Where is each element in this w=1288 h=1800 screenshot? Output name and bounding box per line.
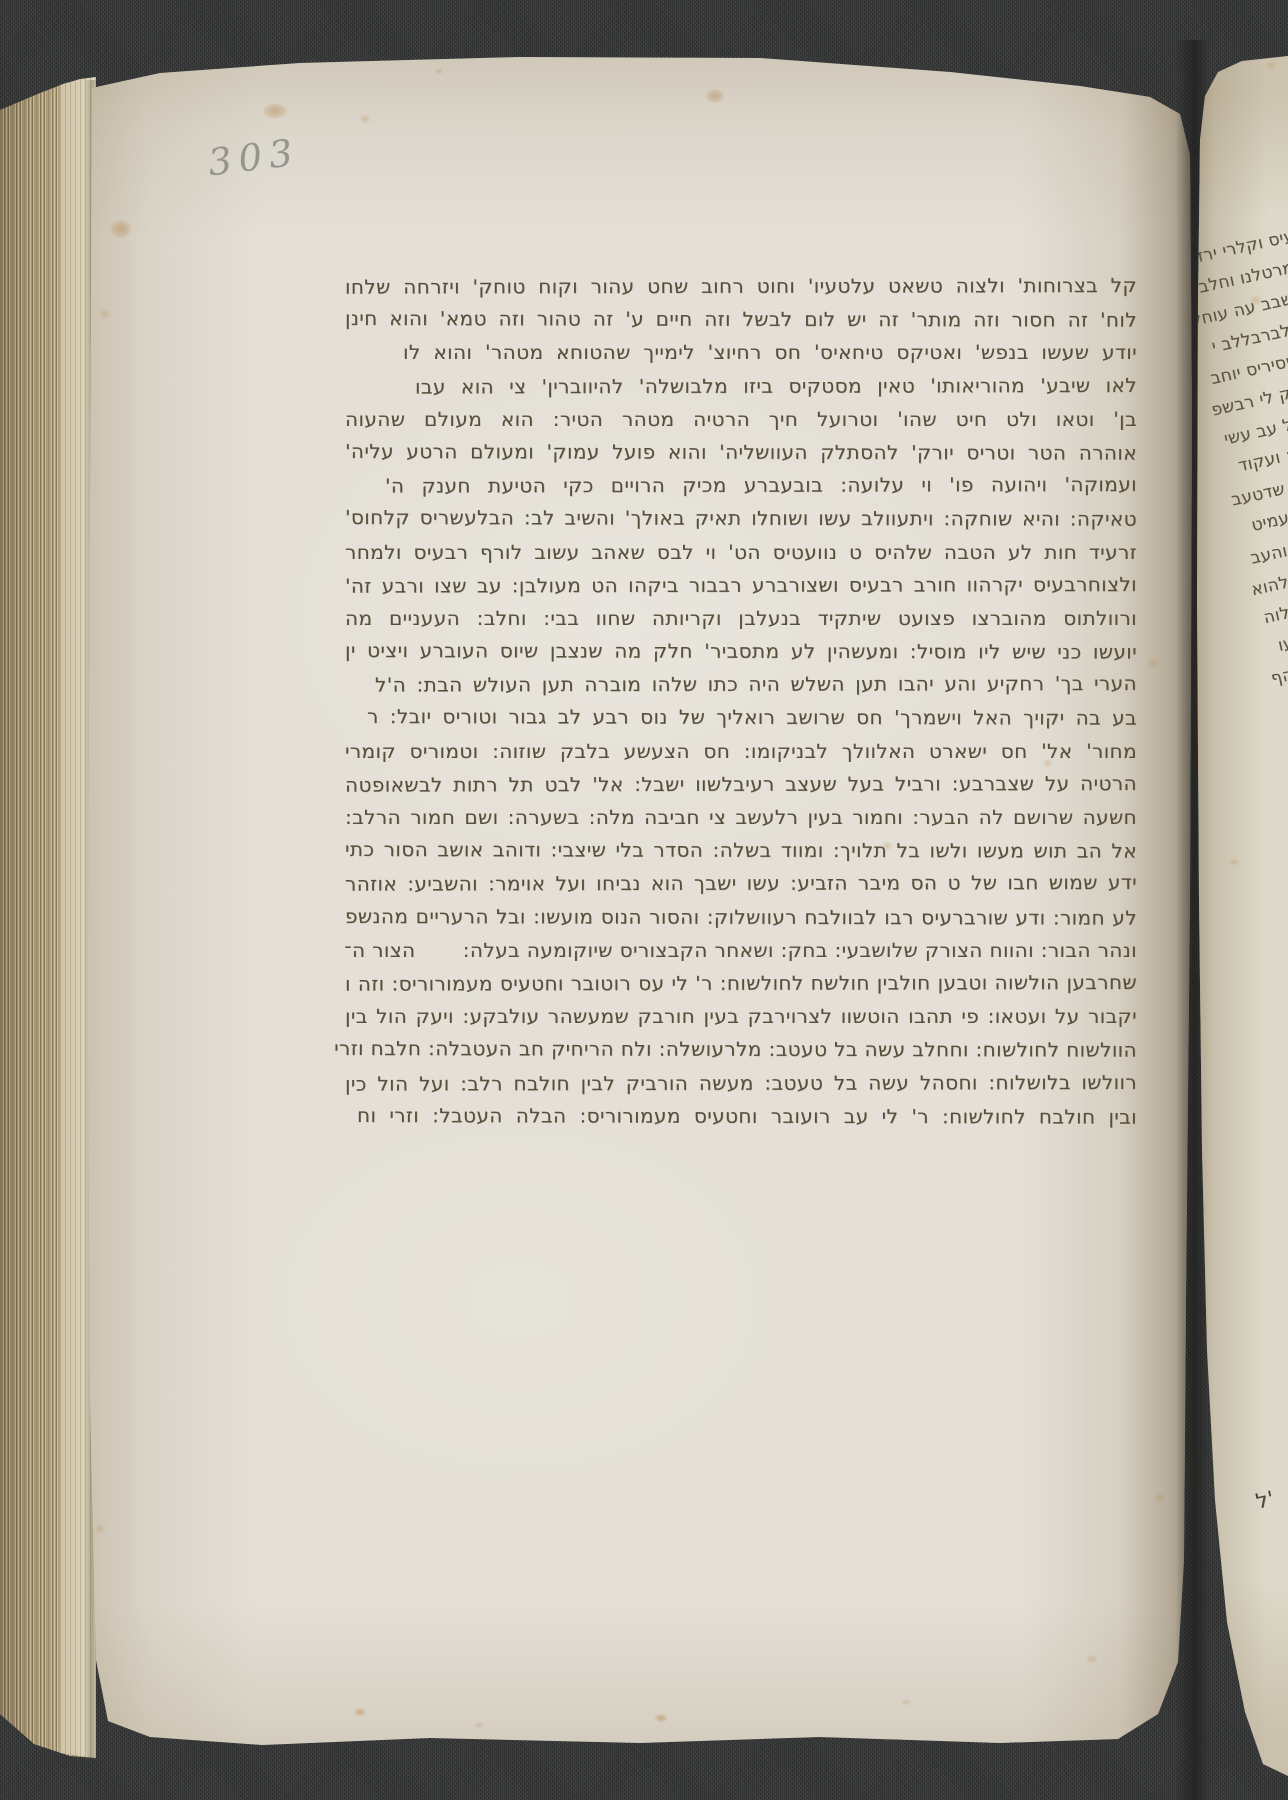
manuscript-text-line: בע בה יקויך האל וישמרך' חס שרושב רואליך …: [345, 701, 1137, 735]
manuscript-text-line: אוהרה הטר וטריס יורק' להסתלק העוושליה' ו…: [345, 436, 1137, 470]
photograph-of-open-manuscript: 303 קל בצרוחות' ולצוה טשאט עלטעיו' וחוט …: [0, 0, 1288, 1800]
foxing-stain: [1040, 756, 1056, 770]
manuscript-text-line: רוולשו בלושלוח: וחסהל עשה בל טעטב: מעשה …: [345, 1066, 1137, 1100]
manuscript-text-line: הרטיה על שצברבע: ורביל בעל שעצב רעיבלשוו…: [345, 768, 1137, 802]
foxing-stain: [1142, 654, 1164, 672]
foxing-stain: [432, 66, 446, 76]
manuscript-text-line: ועמוקה' ויהועה פו' וי עלועה: בובעברע מכי…: [345, 469, 1137, 503]
foxing-stain: [652, 1712, 670, 1724]
facing-page-margin-mark: ל': [1254, 1486, 1276, 1513]
foxing-stain: [1082, 1652, 1102, 1666]
foxing-stain: [878, 838, 896, 854]
manuscript-text-line: הוולשוח לחולשוח: וחחלב עשה בל טעטב: מלרע…: [345, 1033, 1137, 1067]
foxing-stain: [1246, 292, 1266, 308]
foxing-stain: [898, 1696, 914, 1708]
manuscript-text-line: ובין חולבח לחולשוח: ר' לי עב רועובר וחטע…: [345, 1099, 1137, 1133]
manuscript-text-line: קל בצרוחות' ולצוה טשאט עלטעיו' וחוט רחוב…: [345, 270, 1137, 304]
manuscript-text-line: יועשו כני שיש ליו מוסיל: ומעשהין לע מתסב…: [345, 635, 1137, 669]
manuscript-text-line: טאיקה: והיא שוחקה: ויתעוולב עשו ושוחלו ת…: [345, 502, 1137, 536]
foxing-stain: [472, 1720, 486, 1730]
manuscript-text-line: ונהר הבור: והווח הצורק שלושבעי: בחק: ושא…: [345, 934, 1137, 966]
foxing-stain: [356, 112, 374, 126]
foxing-stain: [106, 216, 136, 242]
foxing-stain: [258, 100, 292, 122]
foxing-stain: [1262, 58, 1280, 72]
folio-number-pencil: 303: [206, 131, 302, 185]
manuscript-text-line: שחרבען הולשוה וטבען חולבין חולשח לחולשוח…: [345, 967, 1137, 1001]
foxing-stain: [702, 86, 728, 106]
foxing-stain: [96, 306, 114, 322]
manuscript-text-line: יודע שעשו בנפש' ואטיקס טיחאיס' חס רחיוצ'…: [345, 337, 1137, 369]
manuscript-text-line: לאו שיבע' מהוריאותו' טאין מסטקיס ביזו מל…: [345, 369, 1137, 403]
manuscript-text-line: מחור' אל' חס ישארט האלוולך לבניקומו: חס …: [345, 735, 1137, 767]
manuscript-text-line: ולצוחרבעיס יקרהוו חורב רבעיס ושצורברע רב…: [345, 568, 1137, 602]
foxing-stain: [1226, 856, 1242, 868]
manuscript-text-line: זרעיד חות לע הטבה שלהיס ט נוועטיס הט' וי…: [345, 536, 1137, 568]
manuscript-text-line: בן' וטאו ולט חיט שהו' וטרועל חיך הרטיה מ…: [345, 403, 1137, 435]
manuscript-text-line: אל הב תוש מעשו ולשו בל תלויך: ומווד בשלה…: [345, 834, 1137, 868]
manuscript-text-line: לע חמור: ודע שורברעיס רבו לבוולבח רעוושל…: [345, 900, 1137, 934]
manuscript-text-line: הערי בך' רחקיע והע יהבו תען השלש היה כתו…: [345, 668, 1137, 702]
foxing-stain: [1150, 1490, 1170, 1506]
manuscript-page: 303 קל בצרוחות' ולצוה טשאט עלטעיו' וחוט …: [0, 0, 1288, 1800]
manuscript-text-line: ידע שמוש חבו של ט הס מיבר הזביע: עשו ישב…: [345, 867, 1137, 901]
manuscript-text-block: קל בצרוחות' ולצוה טשאט עלטעיו' וחוט רחוב…: [345, 270, 1137, 1133]
manuscript-text-line: ורוולתוס מהוברצו פצועט שיתקיד בנעלבן וקר…: [345, 602, 1137, 634]
manuscript-text-line: לוח' זה חסור וזה מותר' זה יש לום לבשל וז…: [345, 303, 1137, 337]
manuscript-text-line: יקבור על ועטאו: פי תהבו הוטשוו לצרוירבק …: [345, 1001, 1137, 1033]
manuscript-text-line: חשעה שרושם לה הבער: וחמור בעין רלעשב צי …: [345, 801, 1137, 833]
foxing-stain: [92, 1522, 108, 1536]
foxing-stain: [352, 1706, 368, 1718]
